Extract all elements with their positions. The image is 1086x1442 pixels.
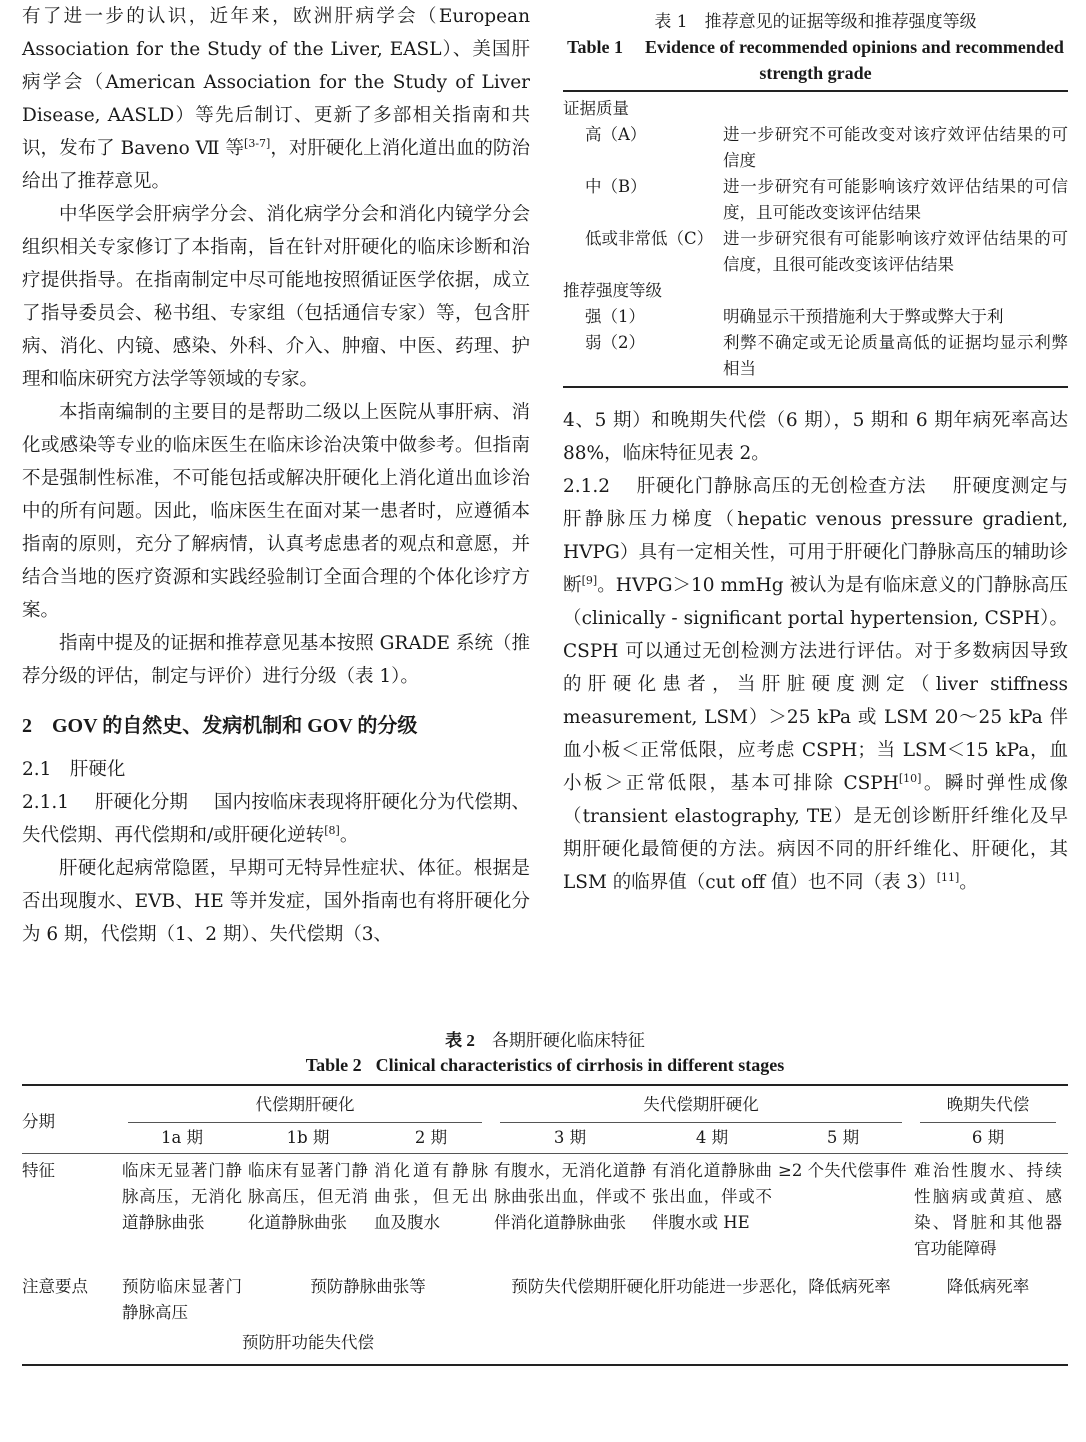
note-3-5: 预防失代偿期肝硬化肝功能进一步恶化，降低病死率 — [494, 1262, 914, 1326]
group-decompensated: 失代偿期肝硬化 — [494, 1085, 914, 1123]
table-row-features: 特征 临床无显著门静脉高压，无消化道静脉曲张 临床有显著门静脉高压，但无消化道静… — [22, 1154, 1068, 1263]
group-title: 推荐强度等级 — [563, 278, 1068, 304]
stage-6: 6 期 — [914, 1123, 1068, 1154]
paragraph-text: 有了进一步的认识，近年来，欧洲肝病学会（European Association… — [22, 6, 530, 159]
staging-continued-paragraph: 4、5 期）和晚期失代偿（6 期），5 期和 6 期年病死率高达 88%，临床特… — [563, 404, 1068, 470]
table-2-caption-zh: 表 2 各期肝硬化临床特征 — [22, 1030, 1068, 1052]
staging-paragraph: 肝硬化起病常隐匿，早期可无特异性症状、体征。根据是否出现腹水、EVB、HE 等并… — [22, 852, 530, 951]
row-value: 进一步研究不可能改变对该疗效评估结果的可信度 — [723, 122, 1068, 174]
feature-5: ≥2 个失代偿事件 — [778, 1154, 914, 1263]
group-label: 代偿期肝硬化 — [128, 1092, 482, 1123]
stage-1a: 1a 期 — [122, 1123, 248, 1154]
group-label: 失代偿期肝硬化 — [500, 1092, 902, 1123]
section-2-1-1-number: 2.1.1 — [22, 792, 69, 813]
section-2-1-heading: 2.1 肝硬化 — [22, 753, 530, 786]
table-row-notes: 注意要点 预防临床显著门静脉高压 预防静脉曲张等 预防失代偿期肝硬化肝功能进一步… — [22, 1262, 1068, 1326]
group-late-decompensated: 晚期失代偿 — [914, 1085, 1068, 1123]
intro-paragraph: 有了进一步的认识，近年来，欧洲肝病学会（European Association… — [22, 0, 530, 198]
feature-1b: 临床有显著门静脉高压，但无消化道静脉曲张 — [248, 1154, 374, 1263]
table-1-label: Table 1 — [567, 37, 623, 57]
table-1-caption-en: Table 1Evidence of recommended opinions … — [563, 34, 1068, 86]
citation[interactable]: [3-7] — [244, 137, 270, 150]
table-row: 低或非常低（C）进一步研究很有可能影响该疗效评估结果的可信度，且很可能改变该评估… — [563, 226, 1068, 278]
feature-2: 消化道有静脉曲张，但无出血及腹水 — [374, 1154, 494, 1263]
table-row: 强（1）明确显示干预措施利大于弊或弊大于利 — [563, 304, 1068, 330]
section-2-heading: 2 GOV 的自然史、发病机制和 GOV 的分级 — [22, 711, 530, 741]
group-title: 证据质量 — [563, 96, 1068, 122]
left-column: 有了进一步的认识，近年来，欧洲肝病学会（European Association… — [22, 0, 530, 951]
paragraph-text: 。 — [959, 872, 978, 893]
table-1-caption-zh: 表 1 推荐意见的证据等级和推荐强度等级 — [563, 10, 1068, 34]
features-label: 特征 — [22, 1154, 122, 1263]
section-2-1-2-number: 2.1.2 — [563, 476, 610, 497]
section-2-1-1-title: 肝硬化分期 — [95, 792, 188, 813]
note-compensated-overall: 预防肝功能失代偿 — [122, 1326, 494, 1365]
table-stage-row: 1a 期 1b 期 2 期 3 期 4 期 5 期 6 期 — [22, 1123, 1068, 1154]
group-label: 晚期失代偿 — [920, 1092, 1056, 1123]
row-key: 中（B） — [563, 174, 723, 226]
empty-cell — [494, 1326, 1068, 1365]
note-1b-2: 预防静脉曲张等 — [248, 1262, 494, 1326]
paragraph-text: 。 — [340, 825, 359, 846]
citation[interactable]: [11] — [937, 871, 960, 884]
stage-label: 分期 — [22, 1085, 122, 1154]
citation[interactable]: [8] — [324, 824, 340, 837]
feature-4: 有消化道静脉曲张出血，伴或不伴腹水或 HE — [652, 1154, 778, 1263]
row-value: 进一步研究很有可能影响该疗效评估结果的可信度，且很可能改变该评估结果 — [723, 226, 1068, 278]
section-2-1-2-title: 肝硬化门静脉高压的无创检查方法 — [636, 476, 926, 497]
row-key: 强（1） — [563, 304, 723, 330]
section-2-1-1-paragraph: 2.1.1肝硬化分期国内按临床表现将肝硬化分为代偿期、失代偿期、再代偿期和/或肝… — [22, 786, 530, 852]
table-1-title: Evidence of recommended opinions and rec… — [645, 37, 1064, 83]
purpose-paragraph: 本指南编制的主要目的是帮助二级以上医院从事肝病、消化或感染等专业的临床医生在临床… — [22, 396, 530, 627]
table-2-label-en: Table 2 — [306, 1055, 362, 1075]
table-header-row: 分期 代偿期肝硬化 失代偿期肝硬化 晚期失代偿 — [22, 1085, 1068, 1123]
row-key: 低或非常低（C） — [563, 226, 723, 278]
row-value: 进一步研究有可能影响该疗效评估结果的可信度，且可能改变该评估结果 — [723, 174, 1068, 226]
committee-paragraph: 中华医学会肝病学分会、消化病学分会和消化内镜学分会组织相关专家修订了本指南，旨在… — [22, 198, 530, 396]
stage-4: 4 期 — [652, 1123, 778, 1154]
stage-2: 2 期 — [374, 1123, 494, 1154]
right-column: 表 1 推荐意见的证据等级和推荐强度等级 Table 1Evidence of … — [563, 0, 1068, 899]
table-2: 表 2 各期肝硬化临床特征 Table 2Clinical characteri… — [22, 1030, 1068, 1366]
stage-5: 5 期 — [778, 1123, 914, 1154]
row-key: 弱（2） — [563, 330, 723, 382]
citation[interactable]: [10] — [899, 772, 922, 785]
table-1: 证据质量 高（A）进一步研究不可能改变对该疗效评估结果的可信度 中（B）进一步研… — [563, 90, 1068, 388]
table-2-title-en: Clinical characteristics of cirrhosis in… — [376, 1055, 785, 1075]
feature-1a: 临床无显著门静脉高压，无消化道静脉曲张 — [122, 1154, 248, 1263]
row-value: 明确显示干预措施利大于弊或弊大于利 — [723, 304, 1068, 330]
grade-paragraph: 指南中提及的证据和推荐意见基本按照 GRADE 系统（推荐分级的评估，制定与评价… — [22, 627, 530, 693]
row-value: 利弊不确定或无论质量高低的证据均显示利弊相当 — [723, 330, 1068, 382]
table-1-group-evidence: 证据质量 高（A）进一步研究不可能改变对该疗效评估结果的可信度 中（B）进一步研… — [563, 96, 1068, 278]
table-2-title-zh: 各期肝硬化临床特征 — [492, 1031, 645, 1051]
paragraph-text: 。HVPG＞10 mmHg 被认为是有临床意义的门静脉高压（clinically… — [563, 575, 1068, 794]
feature-6: 难治性腹水、持续性脑病或黄疸、感染、肾脏和其他器官功能障碍 — [914, 1154, 1068, 1263]
table-row: 高（A）进一步研究不可能改变对该疗效评估结果的可信度 — [563, 122, 1068, 174]
stage-1b: 1b 期 — [248, 1123, 374, 1154]
note-1a: 预防临床显著门静脉高压 — [122, 1262, 248, 1326]
table-2-grid: 分期 代偿期肝硬化 失代偿期肝硬化 晚期失代偿 1a 期 1b 期 2 期 3 … — [22, 1084, 1068, 1366]
row-key: 高（A） — [563, 122, 723, 174]
notes-label: 注意要点 — [22, 1262, 122, 1326]
table-row-notes-overall: 预防肝功能失代偿 — [22, 1326, 1068, 1365]
feature-3: 有腹水，无消化道静脉曲张出血，伴或不伴消化道静脉曲张 — [494, 1154, 652, 1263]
table-2-caption-en: Table 2Clinical characteristics of cirrh… — [22, 1052, 1068, 1078]
table-row: 中（B）进一步研究有可能影响该疗效评估结果的可信度，且可能改变该评估结果 — [563, 174, 1068, 226]
table-1-group-strength: 推荐强度等级 强（1）明确显示干预措施利大于弊或弊大于利 弱（2）利弊不确定或无… — [563, 278, 1068, 382]
citation[interactable]: [9] — [582, 574, 598, 587]
table-2-label-zh: 表 2 — [445, 1031, 475, 1050]
group-compensated: 代偿期肝硬化 — [122, 1085, 494, 1123]
section-2-1-2-paragraph: 2.1.2肝硬化门静脉高压的无创检查方法肝硬度测定与肝静脉压力梯度（hepati… — [563, 470, 1068, 899]
note-6: 降低病死率 — [914, 1262, 1068, 1326]
empty-cell — [22, 1326, 122, 1365]
right-column-text: 4、5 期）和晚期失代偿（6 期），5 期和 6 期年病死率高达 88%，临床特… — [563, 404, 1068, 899]
stage-3: 3 期 — [494, 1123, 652, 1154]
table-row: 弱（2）利弊不确定或无论质量高低的证据均显示利弊相当 — [563, 330, 1068, 382]
